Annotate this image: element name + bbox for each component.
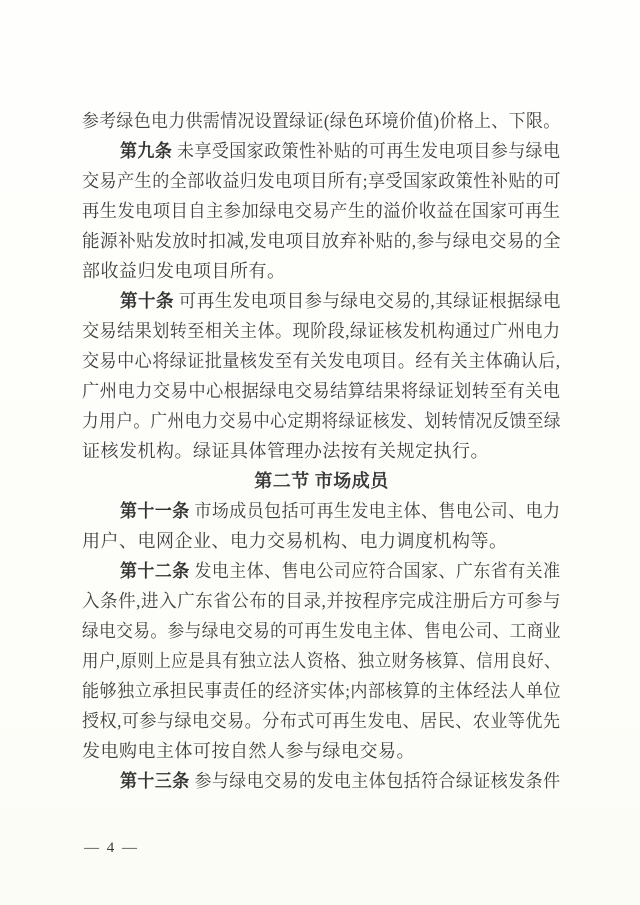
article-number: 第十条	[120, 291, 174, 311]
text-block: 参考绿色电力供需情况设置绿证(绿色环境价值)价格上、下限。第九条 未享受国家政策…	[82, 106, 561, 796]
text-line: 入条件,进入广东省公布的目录,并按程序完成注册后方可参与	[82, 586, 561, 616]
article-number: 第十三条	[120, 771, 190, 791]
text-line: 用户,原则上应是具有独立法人资格、独立财务核算、信用良好、	[82, 646, 561, 676]
article-number: 第十一条	[120, 501, 190, 521]
text-line: 交易结果划转至相关主体。现阶段,绿证核发机构通过广州电力	[82, 316, 561, 346]
text-line: 发电购电主体可按自然人参与绿电交易。	[82, 736, 561, 766]
text-line: 交易中心将绿证批量核发至有关发电项目。经有关主体确认后,	[82, 346, 561, 376]
page-number: — 4 —	[84, 838, 139, 858]
text-line: 力用户。广州电力交易中心定期将绿证核发、划转情况反馈至绿	[82, 406, 561, 436]
article-number: 第十二条	[120, 561, 190, 581]
text-line: 第九条 未享受国家政策性补贴的可再生发电项目参与绿电	[82, 136, 561, 166]
text-line: 第十一条 市场成员包括可再生发电主体、售电公司、电力	[82, 496, 561, 526]
article-number: 第九条	[120, 141, 172, 161]
text-line: 交易产生的全部收益归发电项目所有;享受国家政策性补贴的可	[82, 166, 561, 196]
text-line: 第十条 可再生发电项目参与绿电交易的,其绿证根据绿电	[82, 286, 561, 316]
section-heading: 第二节 市场成员	[82, 466, 561, 496]
text-line: 能够独立承担民事责任的经济实体;内部核算的主体经法人单位	[82, 676, 561, 706]
text-line: 授权,可参与绿电交易。分布式可再生发电、居民、农业等优先	[82, 706, 561, 736]
text-line: 第十二条 发电主体、售电公司应符合国家、广东省有关准	[82, 556, 561, 586]
text-line: 部收益归发电项目所有。	[82, 256, 561, 286]
text-line: 能源补贴发放时扣减,发电项目放弃补贴的,参与绿电交易的全	[82, 226, 561, 256]
document-page: 参考绿色电力供需情况设置绿证(绿色环境价值)价格上、下限。第九条 未享受国家政策…	[0, 0, 640, 905]
text-line: 再生发电项目自主参加绿电交易产生的溢价收益在国家可再生	[82, 196, 561, 226]
text-line: 参考绿色电力供需情况设置绿证(绿色环境价值)价格上、下限。	[82, 106, 561, 136]
text-line: 第十三条 参与绿电交易的发电主体包括符合绿证核发条件	[82, 766, 561, 796]
text-line: 绿电交易。参与绿电交易的可再生发电主体、售电公司、工商业	[82, 616, 561, 646]
text-line: 广州电力交易中心根据绿电交易结算结果将绿证划转至有关电	[82, 376, 561, 406]
text-line: 用户、电网企业、电力交易机构、电力调度机构等。	[82, 526, 561, 556]
text-line: 证核发机构。绿证具体管理办法按有关规定执行。	[82, 436, 561, 466]
